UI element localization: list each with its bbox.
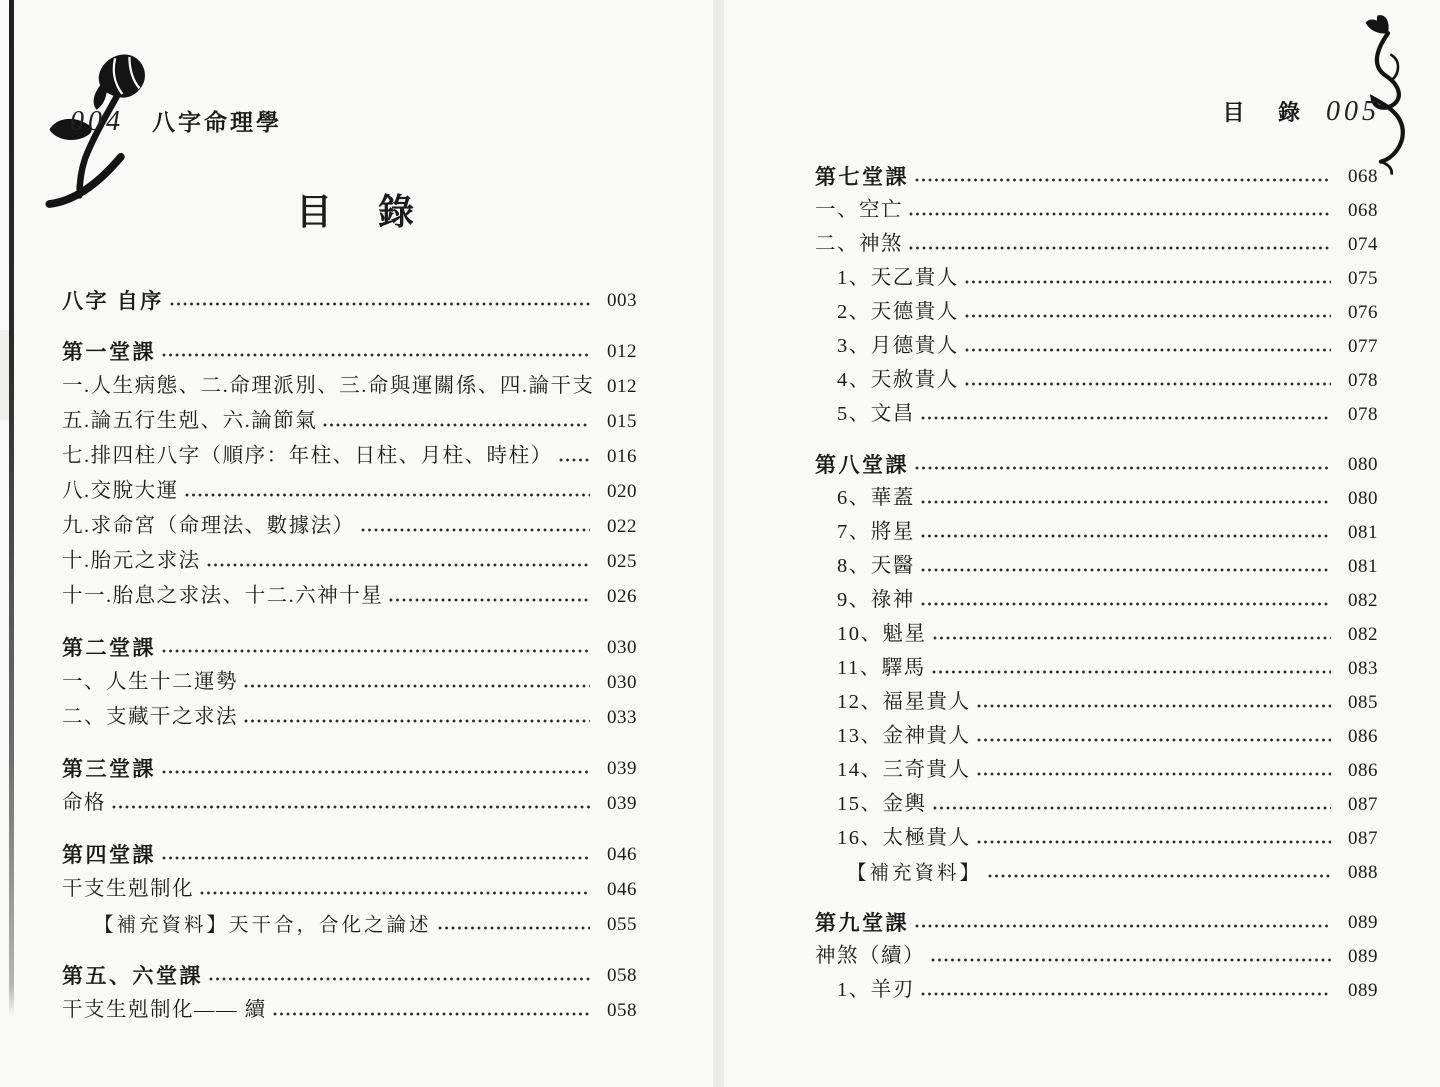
toc-page-number: 074 bbox=[1334, 234, 1378, 256]
toc-entry-label: 5、文昌 bbox=[837, 403, 915, 427]
toc-dotted-leader bbox=[965, 382, 1331, 386]
toc-entry: 9、祿神082 bbox=[815, 579, 1378, 613]
toc-entry-label: 第七堂課 bbox=[815, 165, 909, 189]
toc-dotted-leader bbox=[933, 636, 1332, 640]
toc-page-number: 033 bbox=[593, 707, 637, 729]
toc-page-number: 085 bbox=[1334, 692, 1378, 714]
toc-dotted-leader bbox=[209, 977, 590, 981]
toc-entry: 7、將星081 bbox=[815, 511, 1378, 545]
toc-page-number: 046 bbox=[593, 844, 637, 866]
toc-dotted-leader bbox=[185, 493, 590, 497]
toc-dotted-leader bbox=[921, 416, 1331, 420]
toc-page-number: 030 bbox=[593, 672, 637, 694]
toc-entry-label: 9、祿神 bbox=[837, 589, 915, 613]
toc-dotted-leader bbox=[361, 528, 590, 532]
toc-entry: 一、空亡068 bbox=[815, 189, 1378, 223]
left-page-number: 004 bbox=[70, 106, 124, 137]
toc-page-number: 058 bbox=[593, 1000, 637, 1022]
toc-entry: 第七堂課068 bbox=[815, 155, 1378, 189]
toc-entry: 第八堂課080 bbox=[815, 443, 1378, 477]
toc-dotted-leader bbox=[965, 280, 1331, 284]
scan-edge-highlight bbox=[0, 330, 9, 420]
toc-page-number: 089 bbox=[1334, 912, 1378, 934]
page-gutter bbox=[713, 0, 724, 1087]
toc-entry-label: 干支生剋制化—— 續 bbox=[62, 999, 267, 1023]
toc-dotted-leader bbox=[921, 568, 1331, 572]
toc-page-number: 082 bbox=[1334, 590, 1378, 612]
toc-entry: 一、人生十二運勢030 bbox=[62, 660, 637, 695]
toc-entry: 干支生剋制化—— 續058 bbox=[62, 988, 637, 1023]
toc-entry: 八字 自序003 bbox=[62, 278, 637, 313]
toc-title: 目錄 bbox=[296, 184, 460, 235]
toc-entry: 3、月德貴人077 bbox=[815, 325, 1378, 359]
toc-entry-label: 7、將星 bbox=[837, 521, 915, 545]
toc-dotted-leader bbox=[162, 770, 590, 774]
toc-page-number: 058 bbox=[593, 965, 637, 987]
toc-entry: 13、金神貴人086 bbox=[815, 715, 1378, 749]
toc-entry: 1、天乙貴人075 bbox=[815, 257, 1378, 291]
toc-page-number: 089 bbox=[1334, 980, 1378, 1002]
toc-page-number: 068 bbox=[1334, 166, 1378, 188]
toc-entry: 12、福星貴人085 bbox=[815, 681, 1378, 715]
toc-entry-label: 15、金輿 bbox=[837, 793, 927, 817]
toc-page-number: 003 bbox=[593, 290, 637, 312]
toc-entry: 二、神煞074 bbox=[815, 223, 1378, 257]
toc-dotted-leader bbox=[273, 1012, 590, 1016]
toc-dotted-leader bbox=[921, 534, 1331, 538]
toc-dotted-leader bbox=[915, 924, 1331, 928]
toc-page-number: 068 bbox=[1334, 200, 1378, 222]
toc-entry-label: 【補充資料】 bbox=[847, 863, 982, 885]
floral-flourish-icon bbox=[1352, 12, 1424, 177]
toc-entry-label: 6、華蓋 bbox=[837, 487, 915, 511]
toc-entry: 【補充資料】天干合，合化之論述055 bbox=[62, 902, 637, 937]
toc-page-number: 086 bbox=[1334, 726, 1378, 748]
toc-entry: 15、金輿087 bbox=[815, 783, 1378, 817]
toc-page-number: 016 bbox=[593, 446, 637, 468]
toc-entry: 一.人生病態、二.命理派別、三.命與運關係、四.論干支012 bbox=[62, 364, 637, 399]
toc-page-number: 087 bbox=[1334, 794, 1378, 816]
toc-dotted-leader bbox=[200, 891, 590, 895]
toc-entry-label: 一、空亡 bbox=[815, 199, 903, 223]
toc-entry-label: 干支生剋制化 bbox=[62, 878, 194, 902]
toc-entry: 二、支藏干之求法033 bbox=[62, 695, 637, 730]
toc-entry-label: 一.人生病態、二.命理派別、三.命與運關係、四.論干支 bbox=[62, 375, 595, 399]
toc-page-number: 081 bbox=[1334, 556, 1378, 578]
toc-dotted-leader bbox=[921, 500, 1331, 504]
toc-page-number: 039 bbox=[593, 758, 637, 780]
toc-entry-label: 16、太極貴人 bbox=[837, 827, 971, 851]
toc-list-right: 第七堂課068一、空亡068二、神煞0741、天乙貴人0752、天德貴人0763… bbox=[815, 155, 1378, 1003]
toc-dotted-leader bbox=[965, 348, 1331, 352]
toc-entry-label: 七.排四柱八字（順序：年柱、日柱、月柱、時柱） bbox=[62, 445, 553, 469]
toc-entry-label: 五.論五行生剋、六.論節氣 bbox=[62, 410, 317, 434]
toc-entry-label: 3、月德貴人 bbox=[837, 335, 959, 359]
toc-dotted-leader bbox=[977, 840, 1332, 844]
toc-entry-label: 第三堂課 bbox=[62, 757, 156, 781]
toc-entry: 命格039 bbox=[62, 781, 637, 816]
toc-dotted-leader bbox=[112, 805, 590, 809]
toc-page-number: 015 bbox=[593, 411, 637, 433]
toc-entry-label: 二、神煞 bbox=[815, 233, 903, 257]
toc-entry: 第三堂課039 bbox=[62, 746, 637, 781]
toc-entry-label: 4、天赦貴人 bbox=[837, 369, 959, 393]
left-page-header: 004 八字命理學 bbox=[70, 104, 282, 138]
toc-entry: 5、文昌078 bbox=[815, 393, 1378, 427]
toc-entry: 十.胎元之求法025 bbox=[62, 539, 637, 574]
toc-entry-label: 第五、六堂課 bbox=[62, 964, 203, 988]
toc-entry-label: 10、魁星 bbox=[837, 623, 927, 647]
toc-entry-label: 8、天醫 bbox=[837, 555, 915, 579]
toc-dotted-leader bbox=[909, 246, 1331, 250]
toc-page-number: 039 bbox=[593, 793, 637, 815]
toc-entry-label: 一、人生十二運勢 bbox=[62, 671, 238, 695]
toc-entry-label: 11、驛馬 bbox=[837, 657, 926, 681]
toc-page-number: 075 bbox=[1334, 268, 1378, 290]
toc-entry: 第九堂課089 bbox=[815, 901, 1378, 935]
toc-entry-label: 神煞（續） bbox=[815, 945, 925, 969]
toc-dotted-leader bbox=[915, 466, 1331, 470]
toc-page-number: 030 bbox=[593, 637, 637, 659]
toc-entry-label: 第一堂課 bbox=[62, 340, 156, 364]
toc-dotted-leader bbox=[559, 458, 590, 462]
toc-entry-label: 九.求命宮（命理法、數據法） bbox=[62, 515, 355, 539]
toc-dotted-leader bbox=[965, 314, 1331, 318]
toc-entry-label: 第九堂課 bbox=[815, 911, 909, 935]
toc-page-number: 088 bbox=[1334, 862, 1378, 884]
toc-page-number: 046 bbox=[593, 879, 637, 901]
toc-page-number: 026 bbox=[593, 586, 637, 608]
toc-entry: 2、天德貴人076 bbox=[815, 291, 1378, 325]
toc-page-number: 078 bbox=[1334, 404, 1378, 426]
toc-entry-label: 13、金神貴人 bbox=[837, 725, 971, 749]
toc-page-number: 025 bbox=[593, 551, 637, 573]
toc-page-number: 089 bbox=[1334, 946, 1378, 968]
toc-entry-label: 十一.胎息之求法、十二.六神十星 bbox=[62, 585, 383, 609]
toc-entry: 14、三奇貴人086 bbox=[815, 749, 1378, 783]
toc-entry-label: 1、天乙貴人 bbox=[837, 267, 959, 291]
toc-page-number: 076 bbox=[1334, 302, 1378, 324]
toc-entry: 干支生剋制化046 bbox=[62, 867, 637, 902]
right-page-header: 目 錄 005 bbox=[1180, 96, 1380, 128]
toc-page-number: 083 bbox=[1334, 658, 1378, 680]
toc-entry: 七.排四柱八字（順序：年柱、日柱、月柱、時柱）016 bbox=[62, 434, 637, 469]
toc-entry-label: 八.交脫大運 bbox=[62, 480, 179, 504]
book-title: 八字命理學 bbox=[152, 110, 282, 135]
toc-dotted-leader bbox=[909, 212, 1331, 216]
toc-page-number: 086 bbox=[1334, 760, 1378, 782]
toc-page-number: 077 bbox=[1334, 336, 1378, 358]
toc-entry: 第五、六堂課058 bbox=[62, 953, 637, 988]
toc-entry-label: 12、福星貴人 bbox=[837, 691, 971, 715]
toc-dotted-leader bbox=[977, 772, 1332, 776]
toc-entry: 第四堂課046 bbox=[62, 832, 637, 867]
toc-dotted-leader bbox=[933, 806, 1332, 810]
toc-page-number: 078 bbox=[1334, 370, 1378, 392]
toc-dotted-leader bbox=[921, 992, 1331, 996]
toc-entry: 十一.胎息之求法、十二.六神十星026 bbox=[62, 574, 637, 609]
toc-dotted-leader bbox=[170, 302, 590, 306]
toc-page-number: 082 bbox=[1334, 624, 1378, 646]
toc-dotted-leader bbox=[977, 738, 1332, 742]
toc-dotted-leader bbox=[915, 178, 1331, 182]
toc-page-number: 012 bbox=[593, 341, 637, 363]
toc-page-number: 012 bbox=[604, 376, 638, 398]
toc-entry: 第一堂課012 bbox=[62, 329, 637, 364]
toc-dotted-leader bbox=[207, 563, 590, 567]
toc-entry: 五.論五行生剋、六.論節氣015 bbox=[62, 399, 637, 434]
toc-entry-label: 【補充資料】天干合，合化之論述 bbox=[94, 915, 432, 937]
toc-dotted-leader bbox=[932, 670, 1331, 674]
toc-page-number: 055 bbox=[593, 914, 637, 936]
toc-dotted-leader bbox=[323, 423, 590, 427]
toc-dotted-leader bbox=[162, 856, 590, 860]
toc-dotted-leader bbox=[988, 874, 1331, 878]
toc-page-number: 087 bbox=[1334, 828, 1378, 850]
toc-entry: 6、華蓋080 bbox=[815, 477, 1378, 511]
toc-dotted-leader bbox=[244, 684, 590, 688]
toc-entry-label: 十.胎元之求法 bbox=[62, 550, 201, 574]
toc-entry-label: 2、天德貴人 bbox=[837, 301, 959, 325]
book-spine-edge bbox=[9, 0, 14, 1016]
toc-dotted-leader bbox=[244, 719, 590, 723]
toc-page-number: 022 bbox=[593, 516, 637, 538]
toc-dotted-leader bbox=[162, 649, 590, 653]
toc-entry-label: 第四堂課 bbox=[62, 843, 156, 867]
toc-entry: 【補充資料】088 bbox=[815, 851, 1378, 885]
toc-entry-label: 八字 自序 bbox=[62, 289, 164, 313]
toc-entry: 4、天赦貴人078 bbox=[815, 359, 1378, 393]
right-page-number: 005 bbox=[1326, 96, 1380, 127]
toc-dotted-leader bbox=[389, 598, 590, 602]
toc-entry: 神煞（續）089 bbox=[815, 935, 1378, 969]
toc-dotted-leader bbox=[977, 704, 1332, 708]
toc-entry: 八.交脫大運020 bbox=[62, 469, 637, 504]
toc-entry: 第二堂課030 bbox=[62, 625, 637, 660]
toc-dotted-leader bbox=[438, 926, 590, 930]
toc-page-number: 081 bbox=[1334, 522, 1378, 544]
right-header-title: 目 錄 bbox=[1222, 100, 1314, 125]
toc-entry-label: 1、羊刃 bbox=[837, 979, 915, 1003]
toc-dotted-leader bbox=[931, 958, 1331, 962]
toc-entry: 16、太極貴人087 bbox=[815, 817, 1378, 851]
toc-entry-label: 第二堂課 bbox=[62, 636, 156, 660]
toc-dotted-leader bbox=[162, 353, 590, 357]
toc-entry: 九.求命宮（命理法、數據法）022 bbox=[62, 504, 637, 539]
toc-entry: 10、魁星082 bbox=[815, 613, 1378, 647]
toc-entry-label: 第八堂課 bbox=[815, 453, 909, 477]
toc-entry: 8、天醫081 bbox=[815, 545, 1378, 579]
toc-page-number: 020 bbox=[593, 481, 637, 503]
toc-entry: 11、驛馬083 bbox=[815, 647, 1378, 681]
toc-dotted-leader bbox=[921, 602, 1331, 606]
toc-list-left: 八字 自序003第一堂課012一.人生病態、二.命理派別、三.命與運關係、四.論… bbox=[62, 278, 637, 1023]
toc-entry-label: 命格 bbox=[62, 792, 106, 816]
toc-page-number: 080 bbox=[1334, 488, 1378, 510]
toc-entry-label: 14、三奇貴人 bbox=[837, 759, 971, 783]
toc-entry-label: 二、支藏干之求法 bbox=[62, 706, 238, 730]
toc-entry: 1、羊刃089 bbox=[815, 969, 1378, 1003]
toc-page-number: 080 bbox=[1334, 454, 1378, 476]
